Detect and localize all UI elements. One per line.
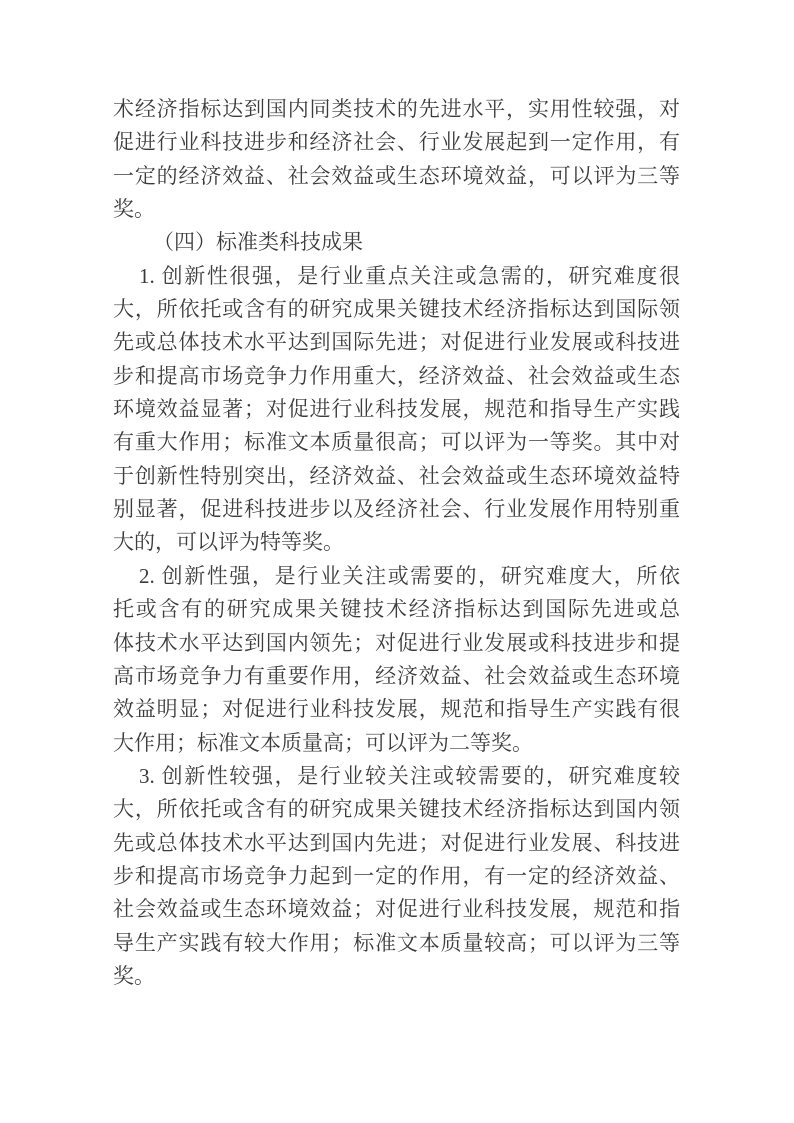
text-line: 别显著，促进科技进步以及经济社会、行业发展作用特别重	[113, 493, 680, 526]
text-line: 一定的经济效益、社会效益或生态环境效益，可以评为三等	[113, 160, 680, 193]
text-line: 3. 创新性较强，是行业较关注或较需要的，研究难度较	[113, 760, 680, 793]
text-line: 1. 创新性很强，是行业重点关注或急需的，研究难度很	[113, 260, 680, 293]
paragraph-numbered-1: 1. 创新性很强，是行业重点关注或急需的，研究难度很 大，所依托或含有的研究成果…	[113, 260, 680, 560]
text-line: 高市场竞争力有重要作用，经济效益、社会效益或生态环境	[113, 660, 680, 693]
text-line: 有重大作用；标准文本质量很高；可以评为一等奖。其中对	[113, 426, 680, 459]
text-line: 步和提高市场竞争力起到一定的作用，有一定的经济效益、	[113, 860, 680, 893]
paragraph-section-heading: （四）标准类科技成果	[113, 226, 680, 259]
paragraph-numbered-2: 2. 创新性强，是行业关注或需要的，研究难度大，所依 托或含有的研究成果关键技术…	[113, 560, 680, 760]
text-block: 术经济指标达到国内同类技术的先进水平，实用性较强，对 促进行业科技进步和经济社会…	[113, 93, 680, 993]
text-line: 社会效益或生态环境效益；对促进行业科技发展，规范和指	[113, 893, 680, 926]
section-heading: （四）标准类科技成果	[113, 226, 680, 259]
text-line: 术经济指标达到国内同类技术的先进水平，实用性较强，对	[113, 93, 680, 126]
text-line: 先或总体技术水平达到国际先进；对促进行业发展或科技进	[113, 326, 680, 359]
text-line: 托或含有的研究成果关键技术经济指标达到国际先进或总	[113, 593, 680, 626]
text-line: 步和提高市场竞争力作用重大，经济效益、社会效益或生态	[113, 360, 680, 393]
text-line: 先或总体技术水平达到国内先进；对促进行业发展、科技进	[113, 827, 680, 860]
paragraph-continuation: 术经济指标达到国内同类技术的先进水平，实用性较强，对 促进行业科技进步和经济社会…	[113, 93, 680, 226]
text-line: 大的，可以评为特等奖。	[113, 526, 680, 559]
text-line: 奖。	[113, 193, 680, 226]
text-line: 促进行业科技进步和经济社会、行业发展起到一定作用，有	[113, 126, 680, 159]
text-line: 效益明显；对促进行业科技发展，规范和指导生产实践有很	[113, 693, 680, 726]
text-line: 导生产实践有较大作用；标准文本质量较高；可以评为三等	[113, 927, 680, 960]
document-page: 术经济指标达到国内同类技术的先进水平，实用性较强，对 促进行业科技进步和经济社会…	[0, 0, 794, 1123]
text-line: 大，所依托或含有的研究成果关键技术经济指标达到国际领	[113, 293, 680, 326]
text-line: 2. 创新性强，是行业关注或需要的，研究难度大，所依	[113, 560, 680, 593]
text-line: 于创新性特别突出，经济效益、社会效益或生态环境效益特	[113, 460, 680, 493]
text-line: 大，所依托或含有的研究成果关键技术经济指标达到国内领	[113, 793, 680, 826]
text-line: 大作用；标准文本质量高；可以评为二等奖。	[113, 727, 680, 760]
text-line: 环境效益显著；对促进行业科技发展，规范和指导生产实践	[113, 393, 680, 426]
text-line: 体技术水平达到国内领先；对促进行业发展或科技进步和提	[113, 627, 680, 660]
paragraph-numbered-3: 3. 创新性较强，是行业较关注或较需要的，研究难度较 大，所依托或含有的研究成果…	[113, 760, 680, 993]
text-line: 奖。	[113, 960, 680, 993]
